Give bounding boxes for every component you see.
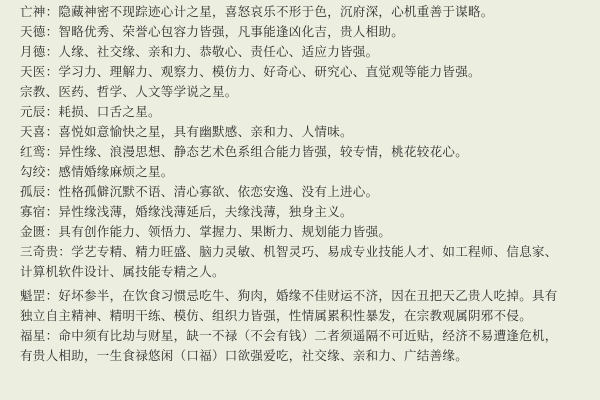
text-line-cutoff: ……	[20, 388, 594, 400]
text-line-yuede: 月德：人缘、社交缘、亲和力、恭敬心、责任心、适应力皆强。	[20, 42, 594, 62]
text-line-guchen: 孤辰：性格孤僻沉默不语、清心寡欲、依恋安逸、没有上进心。	[20, 182, 594, 202]
text-line-tianyi: 天医：学习力、理解力、观察力、模仿力、好奇心、研究心、直觉观等能力皆强。	[20, 62, 594, 82]
text-line-tiande: 天德：智略优秀、荣誉心包容力皆强，凡事能逢凶化吉，贵人相助。	[20, 22, 594, 42]
text-line-jingui: 金匮：具有创作能力、领悟力、掌握力、果断力、规划能力皆强。	[20, 222, 594, 242]
text-line-kuigang: 魁罡：好坏参半，在饮食习惯忌吃牛、狗肉，婚缘不佳财运不济，因在丑把天乙贵人吃掉。…	[20, 286, 594, 306]
text-line-goujiao: 勾绞：感情婚缘麻烦之星。	[20, 162, 594, 182]
text-line-yuanchen: 元辰：耗损、口舌之星。	[20, 102, 594, 122]
text-line-fuxing-cont: 有贵人相助，一生食禄悠闲（口福）口欲强爱吃，社交缘、亲和力、广结善缘。	[20, 346, 594, 366]
text-line-hongluan: 红鸾：异性缘、浪漫思想、静态艺术色系组合能力皆强，较专情，桃花较花心。	[20, 142, 594, 162]
text-line-tianxi: 天喜：喜悦如意愉快之星，具有幽默感、亲和力、人情味。	[20, 122, 594, 142]
document-page: 亡神：隐藏神密不现踪迹心计之星，喜怒哀乐不形于色，沉府深，心机重善于谋略。 天德…	[0, 0, 600, 400]
text-line-sanqigui-cont: 计算机软件设计、属技能专精之人。	[20, 262, 594, 282]
text-line-wangshen: 亡神：隐藏神密不现踪迹心计之星，喜怒哀乐不形于色，沉府深，心机重善于谋略。	[20, 2, 594, 22]
text-line-fuxing: 福星：命中须有比劫与财星，缺一不禄（不会有钱）二者须遥隔不可近贴，经济不易遭逢危…	[20, 326, 594, 346]
text-line-guasu: 寡宿：异性缘浅薄，婚缘浅薄延后，夫缘浅薄，独身主义。	[20, 202, 594, 222]
text-line-kuigang-cont: 独立自主精神、精明干练、模仿、组织力皆强，性情属累积性暴发，在宗教观属阴邪不侵。	[20, 306, 594, 326]
text-line-sanqigui: 三奇贵：学艺专精、精力旺盛、脑力灵敏、机智灵巧、易成专业技能人才、如工程师、信息…	[20, 242, 594, 262]
text-line-tianyi-cont: 宗教、医药、哲学、人文等学说之星。	[20, 82, 594, 102]
